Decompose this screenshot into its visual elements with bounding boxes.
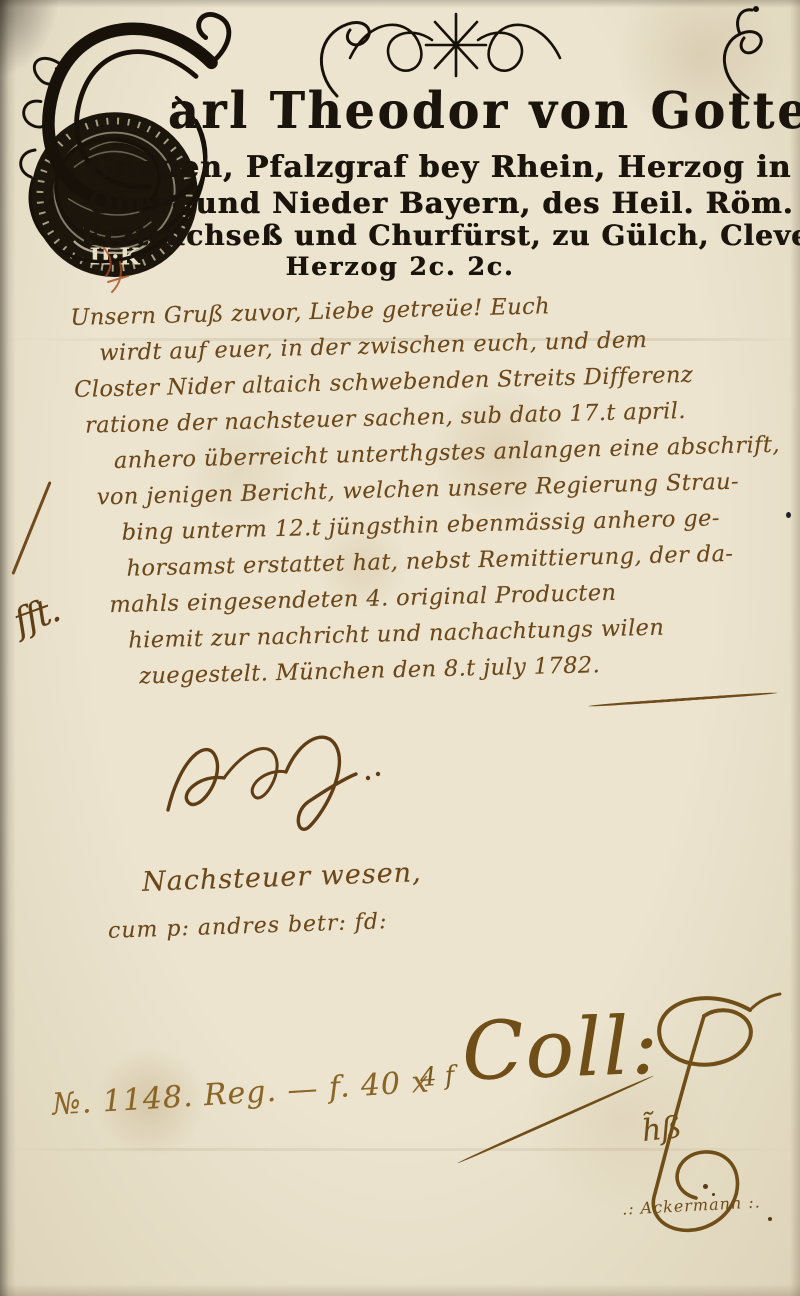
ink-speck — [703, 1184, 708, 1189]
manuscript-page: II·K — [0, 0, 800, 1296]
header-line-5: Herzog 2c. 2c. — [240, 252, 560, 281]
paper-bottom-edge-shadow — [0, 1284, 800, 1296]
red-ink-mark — [92, 244, 142, 304]
royal-signature-paraph — [150, 718, 450, 836]
letter-body: Unsern Gruß zuvor, Liebe getreüe! Euch w… — [70, 283, 794, 696]
header-line-3: Ober- und Nieder Bayern, des Heil. Röm. … — [88, 186, 788, 220]
header-title: arl Theodor von Gottes — [168, 82, 800, 141]
clerk-initials: h̃ß — [640, 1110, 683, 1149]
margin-abbreviation-mark: fft. — [8, 590, 64, 644]
header-line-2: Gnaden, Pfalzgraf bey Rhein, Herzog in — [88, 150, 788, 185]
header-line-4: Erztruchseß und Churfürst, zu Gülch, Cle… — [80, 219, 792, 252]
docket-line-1: Nachsteuer wesen, — [142, 857, 423, 898]
registry-fee-note: 4 f — [419, 1061, 455, 1093]
registry-number-line: №. 1148. Reg. — f. 40 x — [51, 1065, 430, 1123]
margin-slash-mark — [11, 481, 51, 575]
ink-speck — [786, 512, 791, 518]
date-underline-flourish — [588, 691, 778, 707]
ink-speck — [712, 1193, 715, 1196]
ink-speck — [768, 1217, 772, 1221]
docket-line-2: cum p: andres betr: fd: — [108, 909, 388, 944]
